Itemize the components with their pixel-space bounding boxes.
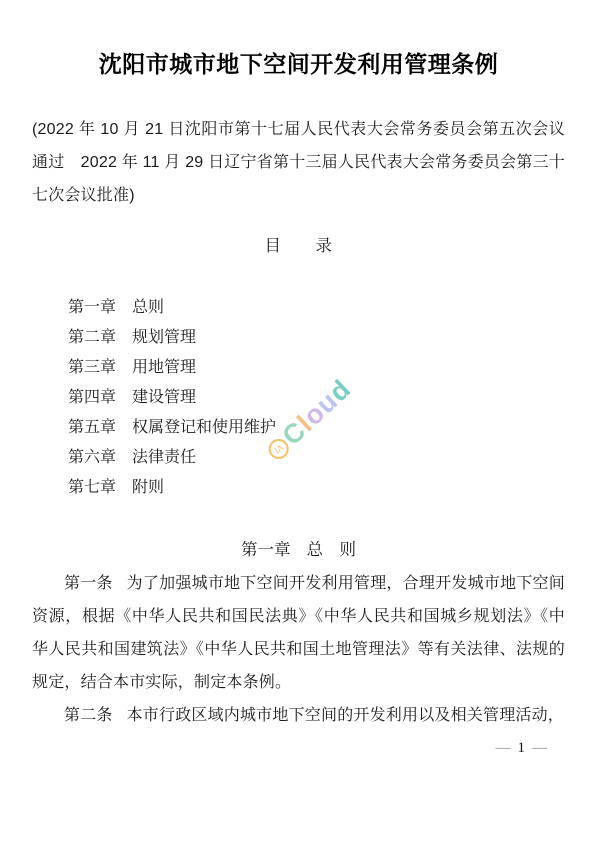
toc-heading: 目 录 — [32, 230, 565, 263]
footer-dash-right: — — [532, 740, 547, 756]
intro-paragraph: (2022 年 10 月 21 日沈阳市第十七届人民代表大会常务委员会第五次会议… — [32, 113, 565, 212]
page-number-footer: —1— — [32, 738, 565, 758]
toc-item-chapter: 第二章 — [68, 323, 116, 353]
toc-item: 第七章附则 — [68, 473, 565, 503]
toc-item-title: 附则 — [132, 479, 164, 496]
chapter-heading: 第一章总 则 — [32, 534, 565, 567]
article-label: 第一条 — [64, 567, 113, 600]
document-title: 沈阳市城市地下空间开发利用管理条例 — [32, 50, 565, 80]
article-label: 第二条 — [64, 699, 113, 732]
toc-item-chapter: 第三章 — [68, 353, 116, 383]
document-page: 沈阳市城市地下空间开发利用管理条例 (2022 年 10 月 21 日沈阳市第十… — [0, 0, 595, 841]
toc-item-chapter: 第一章 — [68, 293, 116, 323]
toc-item-title: 总则 — [132, 299, 164, 316]
chapter-heading-title: 总 则 — [307, 541, 357, 559]
toc-item: 第三章用地管理 — [68, 353, 565, 383]
article-text: 本市行政区域内城市地下空间的开发利用以及相关管理活动， — [127, 707, 564, 724]
toc-item-title: 规划管理 — [132, 329, 196, 346]
toc-item: 第四章建设管理 — [68, 383, 565, 413]
toc-item: 第一章总则 — [68, 293, 565, 323]
toc-item-chapter: 第七章 — [68, 473, 116, 503]
toc-item-title: 建设管理 — [132, 389, 196, 406]
page-number: 1 — [518, 740, 526, 756]
toc-item: 第五章权属登记和使用维护 — [68, 413, 565, 443]
toc-list: 第一章总则 第二章规划管理 第三章用地管理 第四章建设管理 第五章权属登记和使用… — [32, 293, 565, 503]
footer-dash-left: — — [496, 740, 511, 756]
toc-item: 第六章法律责任 — [68, 443, 565, 473]
toc-item-chapter: 第五章 — [68, 413, 116, 443]
toc-item-chapter: 第六章 — [68, 443, 116, 473]
toc-item: 第二章规划管理 — [68, 323, 565, 353]
toc-item-title: 用地管理 — [132, 359, 196, 376]
toc-item-title: 法律责任 — [132, 449, 196, 466]
chapter-heading-number: 第一章 — [241, 534, 291, 567]
article-paragraph: 第二条本市行政区域内城市地下空间的开发利用以及相关管理活动， — [32, 699, 565, 732]
toc-item-title: 权属登记和使用维护 — [132, 419, 276, 436]
toc-item-chapter: 第四章 — [68, 383, 116, 413]
article-paragraph: 第一条为了加强城市地下空间开发利用管理，合理开发城市地下空间资源，根据《中华人民… — [32, 567, 565, 699]
